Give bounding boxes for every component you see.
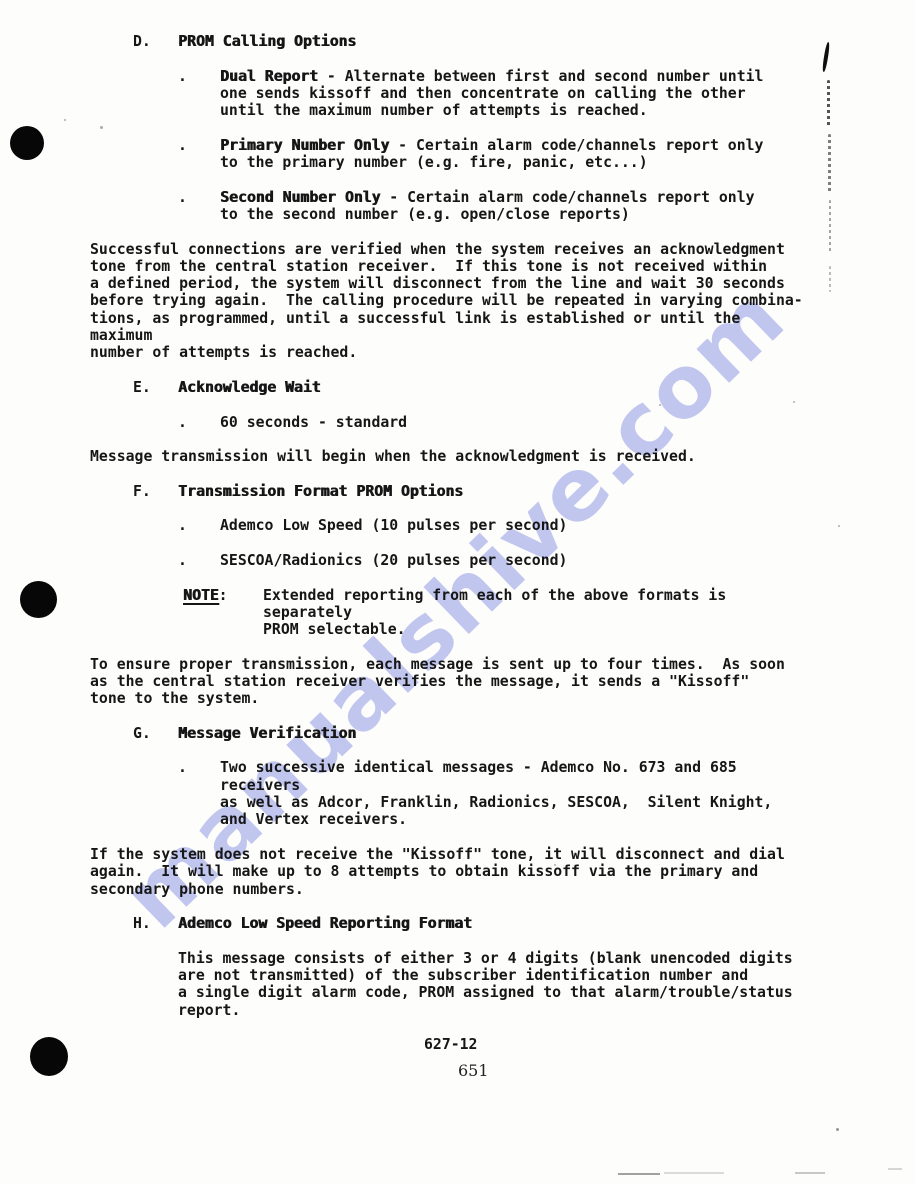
bullet-primary-number-only: .Primary Number Only - Certain alarm cod… <box>90 137 808 172</box>
scan-speck <box>455 297 457 299</box>
bullet-lead: Second Number Only <box>220 189 380 206</box>
hole-punch-bottom <box>30 1037 68 1076</box>
bullet-ademco-low-speed: .Ademco Low Speed (10 pulses per second) <box>90 517 808 534</box>
scan-speck <box>100 126 103 129</box>
bullet-lead: Dual Report <box>220 68 318 85</box>
section-letter: G. <box>133 725 178 742</box>
section-heading-g: G.Message Verification <box>90 725 808 742</box>
bullet-dot: . <box>178 517 187 534</box>
footer-doc-number: 627-12 <box>424 1036 477 1053</box>
section-title: PROM Calling Options <box>178 33 356 50</box>
bullet-dot: . <box>178 414 187 431</box>
margin-scribble <box>827 80 830 128</box>
section-letter: E. <box>133 379 178 396</box>
note-word: NOTE <box>183 587 219 604</box>
section-heading-d: D.PROM Calling Options <box>90 33 808 50</box>
paragraph-kissoff-retry: If the system does not receive the "Kiss… <box>90 846 808 898</box>
scan-streak <box>618 1173 660 1175</box>
paragraph-message-transmission: Message transmission will begin when the… <box>90 448 808 465</box>
paragraph-h-body: This message consists of either 3 or 4 d… <box>90 950 808 1019</box>
scan-speck <box>836 1128 839 1131</box>
bullet-60-seconds: .60 seconds - standard <box>90 414 808 431</box>
section-letter: D. <box>133 33 178 50</box>
hole-punch-top <box>10 126 44 160</box>
bullet-dot: . <box>178 189 187 206</box>
section-heading-h: H.Ademco Low Speed Reporting Format <box>90 915 808 932</box>
note-block: NOTE:Extended reporting from each of the… <box>90 587 808 639</box>
scan-speck <box>659 404 661 406</box>
scanned-manual-page: manualshive.com D.PROM Calling Options .… <box>0 0 915 1184</box>
bullet-dot: . <box>178 759 187 776</box>
hole-punch-middle <box>20 581 57 618</box>
paragraph-successful-connections: Successful connections are verified when… <box>90 241 808 362</box>
paragraph-ensure-transmission: To ensure proper transmission, each mess… <box>90 656 808 708</box>
scan-streak <box>664 1172 724 1174</box>
note-colon: : <box>219 587 228 604</box>
bullet-dot: . <box>178 137 187 154</box>
section-letter: F. <box>133 483 178 500</box>
section-letter: H. <box>133 915 178 932</box>
scan-streak <box>795 1172 825 1174</box>
scan-speck <box>554 864 556 866</box>
page-content: D.PROM Calling Options .Dual Report - Al… <box>90 33 808 1036</box>
bullet-dual-report: .Dual Report - Alternate between first a… <box>90 68 808 120</box>
margin-scribble <box>829 266 831 292</box>
section-title: Transmission Format PROM Options <box>178 483 463 500</box>
section-title: Message Verification <box>178 725 356 742</box>
footer-page-number: 651 <box>458 1062 489 1079</box>
note-label: NOTE: <box>183 587 228 604</box>
scan-speck <box>838 525 840 527</box>
bullet-lead: Primary Number Only <box>220 137 389 154</box>
scan-streak <box>888 1168 902 1170</box>
bullet-text: 60 seconds - standard <box>220 414 407 431</box>
margin-scribble <box>829 200 831 252</box>
section-title: Ademco Low Speed Reporting Format <box>178 915 472 932</box>
bullet-dot: . <box>178 552 187 569</box>
bullet-text: Ademco Low Speed (10 pulses per second) <box>220 517 567 534</box>
scan-speck <box>64 119 66 121</box>
bullet-text: SESCOA/Radionics (20 pulses per second) <box>220 552 567 569</box>
margin-pen-mark <box>822 42 831 72</box>
section-title: Acknowledge Wait <box>178 379 321 396</box>
bullet-sescoa-radionics: .SESCOA/Radionics (20 pulses per second) <box>90 552 808 569</box>
bullet-text: Two successive identical messages - Adem… <box>220 759 772 828</box>
margin-scribble <box>828 134 831 194</box>
bullet-dot: . <box>178 68 187 85</box>
section-heading-f: F.Transmission Format PROM Options <box>90 483 808 500</box>
scan-speck <box>793 401 795 403</box>
bullet-second-number-only: .Second Number Only - Certain alarm code… <box>90 189 808 224</box>
note-text: Extended reporting from each of the abov… <box>263 587 735 639</box>
bullet-two-successive-messages: .Two successive identical messages - Ade… <box>90 759 808 828</box>
section-heading-e: E.Acknowledge Wait <box>90 379 808 396</box>
